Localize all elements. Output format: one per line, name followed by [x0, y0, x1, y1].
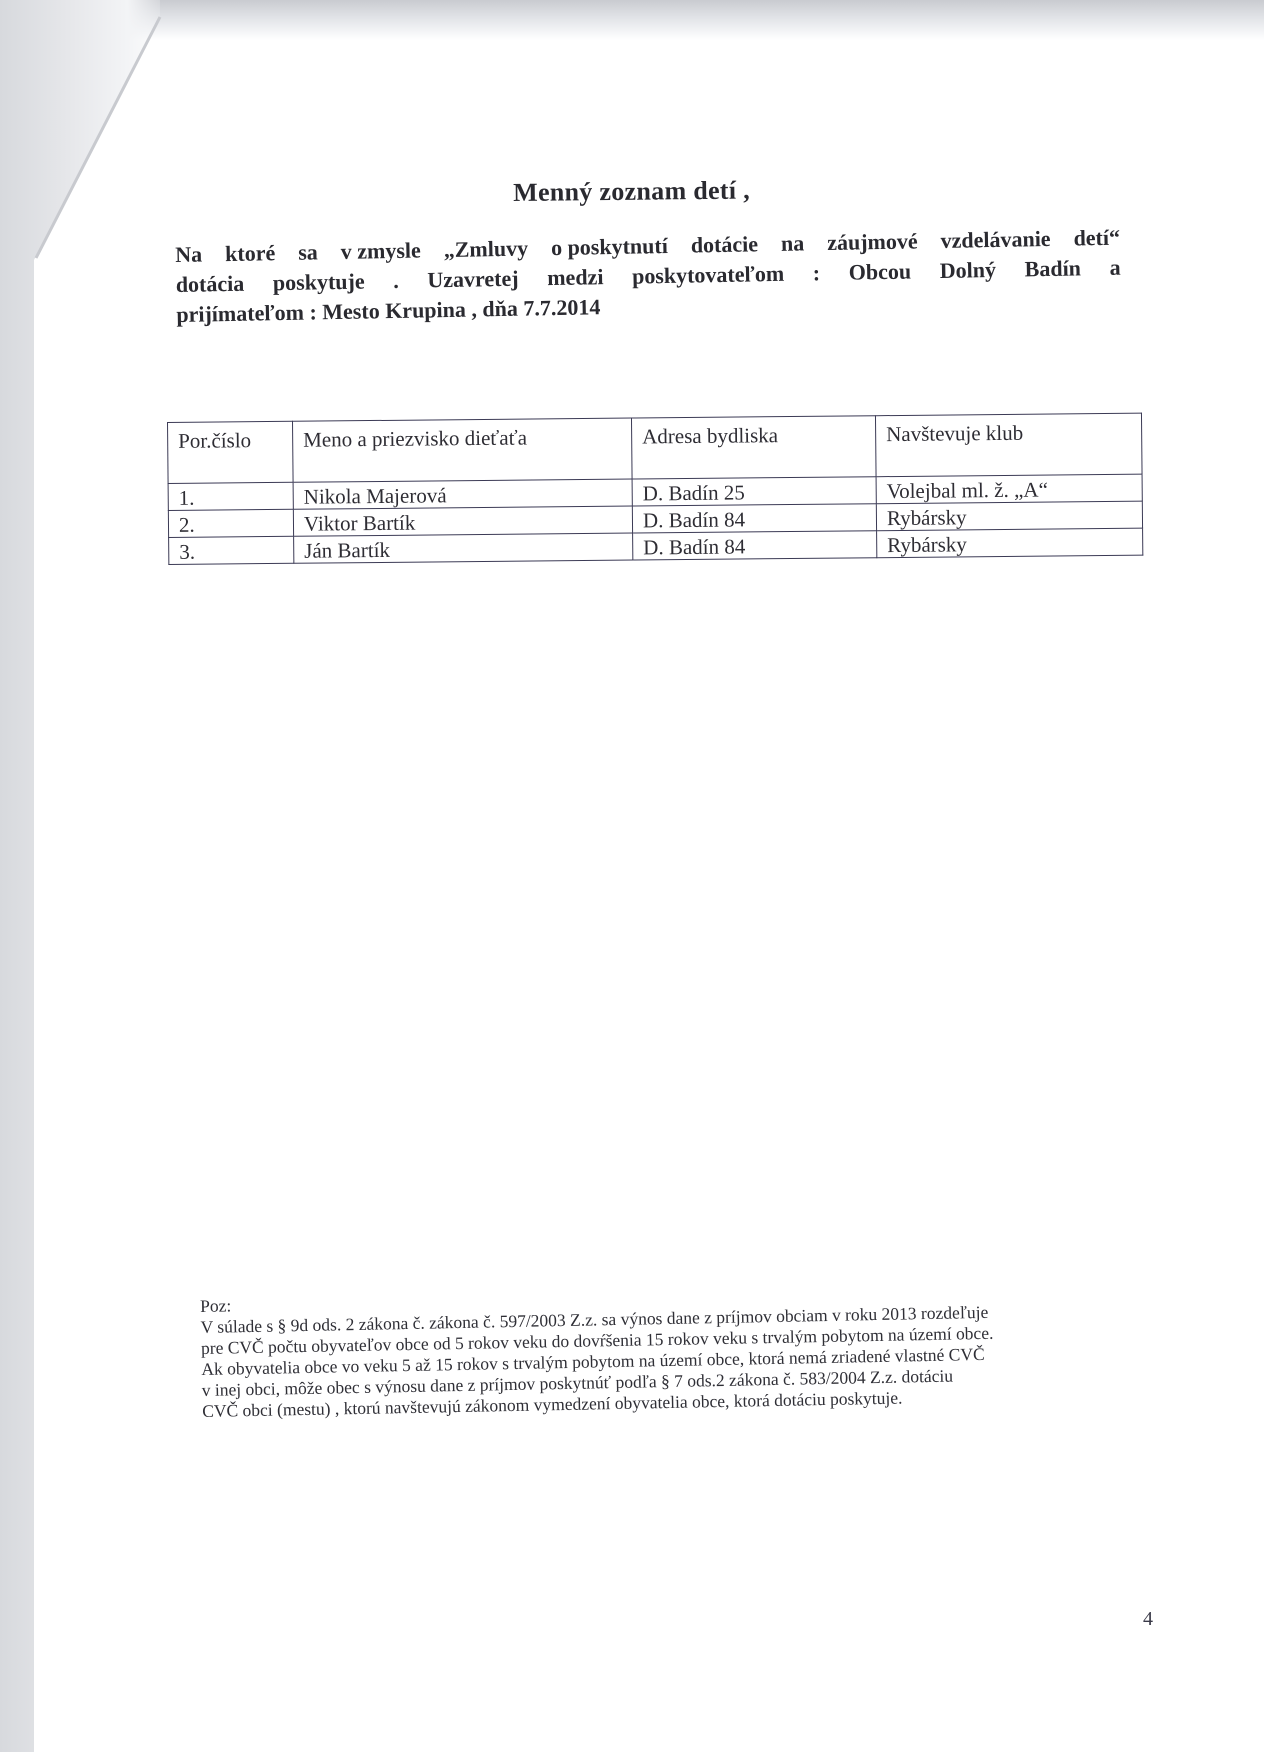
intro-word: medzi [547, 262, 604, 293]
header-child-name: Meno a priezvisko dieťaťa [292, 418, 632, 482]
cell-address: D. Badín 25 [632, 477, 876, 506]
intro-word: Na [175, 240, 202, 270]
intro-word: vzdelávanie [940, 224, 1051, 256]
intro-word: o poskytnutí [551, 231, 668, 263]
document-title: Menný zoznam detí , [513, 176, 750, 208]
intro-word: dotácia [176, 269, 245, 300]
cell-address: D. Badín 84 [633, 531, 877, 560]
header-order-number: Por.číslo [168, 421, 294, 483]
cell-club: Volejbal ml. ž. „A“ [876, 474, 1142, 504]
intro-word: poskytuje [273, 267, 365, 299]
intro-word: Uzavretej [427, 264, 519, 296]
cell-order-number: 3. [169, 536, 294, 564]
table-header-row: Por.číslo Meno a priezvisko dieťaťa Adre… [168, 413, 1143, 483]
intro-word: a [1109, 253, 1121, 283]
intro-word: v zmysle [340, 236, 421, 267]
intro-word: detí“ [1073, 223, 1120, 254]
cell-address: D. Badín 84 [632, 504, 876, 533]
intro-word: Badín [1024, 253, 1081, 284]
document-page: Menný zoznam detí , Naktorésav zmysle„Zm… [0, 0, 1264, 1752]
cell-club: Rybársky [876, 501, 1142, 531]
intro-word: na [781, 228, 805, 258]
cell-order-number: 1. [168, 482, 293, 510]
cell-club: Rybársky [877, 528, 1143, 558]
intro-word: poskytovateľom [632, 259, 785, 292]
cell-child-name: Viktor Bartík [293, 506, 632, 536]
page-number: 4 [1143, 1608, 1153, 1631]
children-table: Por.číslo Meno a priezvisko dieťaťa Adre… [167, 413, 1143, 565]
intro-word: dotácie [691, 229, 759, 260]
intro-word: . [393, 266, 399, 296]
intro-word: „Zmluvy [443, 234, 528, 266]
intro-word: sa [298, 237, 318, 267]
header-club: Navštevuje klub [875, 413, 1142, 477]
intro-word: : [813, 258, 821, 288]
cell-order-number: 2. [168, 509, 293, 537]
children-table-wrap: Por.číslo Meno a priezvisko dieťaťa Adre… [167, 413, 1143, 565]
intro-word: záujmové [827, 226, 918, 258]
cell-child-name: Ján Bartík [294, 533, 633, 563]
footnote: Poz: V súlade s § 9d ods. 2 zákona č. zá… [200, 1278, 1152, 1422]
intro-word: Obcou [848, 257, 911, 288]
intro-word: ktoré [225, 238, 276, 269]
header-address: Adresa bydliska [631, 416, 876, 479]
cell-child-name: Nikola Majerová [293, 479, 632, 509]
intro-paragraph: Naktorésav zmysle„Zmluvyo poskytnutídotá… [175, 223, 1121, 330]
intro-word: prijímateľom : Mesto Krupina , dňa 7.7.2… [176, 292, 600, 330]
intro-word: Dolný [939, 255, 996, 286]
